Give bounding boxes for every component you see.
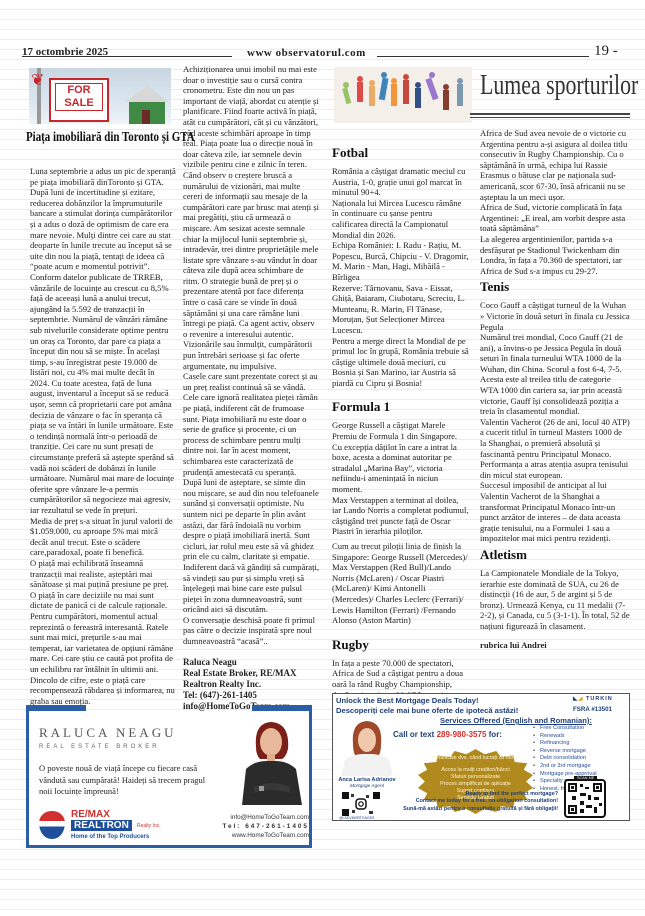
article-paragraph: Indiferent dacă vă gândiți să cumpărați,… [183,562,320,615]
article-paragraph: Achiziționarea unui imobil nu mai este d… [183,64,320,371]
article-paragraph: Dincolo de cifre, este o piață care reco… [30,675,176,707]
service-item: Reverse mortgage [533,748,597,756]
remax-balloon-icon [39,811,65,839]
remax-brand: RE/MAX [71,809,110,820]
realty-suffix: Realty Inc. [137,823,161,829]
cta-line: Sună-mă astăzi pentru o consultație grat… [393,806,628,813]
article-paragraph: George Russell a câștigat Marele Premiu … [332,420,469,494]
call-prefix: Call or text [393,730,434,739]
real-estate-column-1: Luna septembrie a adus un pic de speranț… [30,166,176,706]
signature-phone: Tel: (647)-261-1405 [183,690,320,701]
call-to-action: Call or text 289-980-3575 for: [393,730,502,739]
contact-email[interactable]: info@HomeToGoTeam.com [199,813,309,822]
author-byline: rubrica lui Andrei [480,640,630,651]
real-estate-headline: Piața imobiliară din Toronto și GTA [26,130,143,146]
ad-contact-block: info@HomeToGoTeam.com Tel: 647-261-1405 … [199,813,309,840]
ribbon-bow-icon: ❦ [31,70,49,84]
article-paragraph: Media de preț s-a situat în jurul valori… [30,516,176,558]
section-rule [470,113,630,115]
mortgage-phone[interactable]: 289-980-3575 [437,730,487,739]
house-roof [125,86,169,102]
service-item: Refinancing [533,740,597,748]
agent-photo [337,718,397,776]
mortgage-ad[interactable]: Unlock the Best Mortgage Deals Today! De… [332,693,630,821]
header-rule-left [22,56,232,57]
sign-text: FOR SALE [55,83,103,111]
service-item: Free Consultation [533,725,597,733]
article-paragraph: Casele care sunt prezentate corect și au… [183,371,320,477]
call-suffix: for: [489,730,502,739]
sports-column-1: Fotbal România a câștigat dramatic meciu… [332,142,469,721]
remax-realtron-logo: RE/MAX REALTRON Realty Inc. Home of the … [39,807,179,843]
article-paragraph: Echipa României: I. Radu - Rațiu, M. Pop… [332,240,469,282]
instagram-handle: @LADVMORTGAGES [339,816,374,820]
house-door [142,110,150,124]
article-paragraph: Coco Gauff a câștigat turneul de la Wuha… [480,300,630,332]
article-paragraph: Acesta este al treilea titlu de categori… [480,374,630,416]
broker-name: RALUCA NEAGU [39,725,176,741]
realtron-brand: REALTRON [71,820,132,831]
service-item: Debt consolidation [533,755,597,763]
ad-frame-top [26,705,312,711]
service-item: 2nd or 3rd mortgage [533,763,597,771]
for-sale-sign-image: ❦ FOR SALE [29,68,171,124]
article-paragraph: Africa de Sud avea nevoie de o victorie … [480,128,630,202]
article-paragraph: Pentru a merge direct la Mondial de pe p… [332,336,469,389]
article-paragraph: După luni de așteptare, se simte din nou… [183,477,320,562]
benefit-item: Proces simplificat de aplicație [418,781,533,788]
agent-name: Anca Larisa Adrianov [335,777,399,783]
instagram-qr-code[interactable] [341,791,381,817]
article-paragraph: La Campionatele Mondiale de la Tokyo, ie… [480,568,630,632]
raluca-neagu-ad[interactable]: RALUCA NEAGU REAL ESTATE BROKER O povest… [26,711,312,848]
signature-name: Raluca Neagu [183,657,320,668]
article-paragraph: România a câștigat dramatic meciul cu Au… [332,166,469,198]
ad-headline-ro: Descoperiți cele mai bune oferte de ipot… [336,706,518,715]
signature-company: Realtron Realty Inc. [183,679,320,690]
rugby-heading: Rugby [332,638,469,652]
newspaper-page: 17 octombrie 2025 www observatorul.com 1… [0,0,645,916]
service-item: Renewals [533,733,597,741]
services-heading: Services Offered (English and Romanian): [440,716,592,725]
contact-phone[interactable]: Tel: 647-261-1405 [199,822,309,831]
sign-board: FOR SALE [49,78,109,122]
ad-footer-cta: Ready to find the perfect mortgage? Cont… [393,791,628,813]
article-paragraph: Africa de Sud, victorie complicată în fa… [480,202,630,234]
article-paragraph: Cum au trecut piloții linia de finish la… [332,541,469,626]
company-name: TURKIN [586,696,613,702]
benefit-item: Acces la mulți creditori/bănci [418,767,533,774]
sports-column-2: Africa de Sud avea nevoie de o victorie … [480,128,630,650]
turkin-mark-accent-icon: ◢ [578,696,583,702]
article-paragraph: O conversație deschisă poate fi primul p… [183,615,320,647]
contact-website[interactable]: www.HomeToGoTeam.com [199,831,309,840]
sports-section-title: Lumea sporturilor [480,70,638,102]
article-paragraph: Max Verstappen a terminat al doilea, iar… [332,495,469,537]
signature-title: Real Estate Broker, RE/MAX [183,668,320,679]
real-estate-column-2: Achiziționarea unui imobil nu mai este d… [183,64,320,723]
broker-title: REAL ESTATE BROKER [39,744,160,750]
license-number: FSRA #13501 [573,706,612,713]
tenis-heading: Tenis [480,280,630,294]
article-paragraph: Rezerve: Târnovanu, Sava - Eissat, Ghiță… [332,283,469,336]
article-paragraph: Naționala lui Mircea Lucescu rămâne în c… [332,198,469,240]
fotbal-heading: Fotbal [332,146,469,160]
article-paragraph: Valentin Vacherot (26 de ani, locul 40 A… [480,417,630,481]
article-paragraph: Numărul trei mondial, Coco Gauff (21 de … [480,332,630,374]
ad-headline-en: Unlock the Best Mortgage Deals Today! [336,696,478,705]
broker-photo [234,717,308,805]
article-paragraph: O piață mai echilibrată înseamnă tranzac… [30,558,176,675]
turkin-logo: ◣◢ TURKIN [573,696,613,702]
formula1-heading: Formula 1 [332,400,469,414]
cta-line: Contact me today for a free, no-obligati… [393,798,628,805]
page-number: 19 - [594,43,618,60]
agent-role: Mortgage Agent [335,784,399,789]
atletism-heading: Atletism [480,548,630,562]
article-paragraph: La alegerea argentinienilor, partida s-a… [480,234,630,276]
ad-tagline: O poveste nouă de viață începe cu fiecar… [39,763,219,798]
section-rule [470,117,630,118]
brand-slogan: Home of the Top Producers [71,834,149,840]
benefits-title: Beneficiile dvs. când lucrați cu mine: [418,755,533,762]
benefit-item: Sfaturi personalizate [418,774,533,781]
article-paragraph: Succesul imposibil de anticipat al lui V… [480,480,630,544]
cta-line: Ready to find the perfect mortgage? [393,791,628,798]
header-rule-right [377,56,589,57]
athletes-silhouettes-image [334,67,472,123]
article-paragraph: Luna septembrie a adus un pic de speranț… [30,166,176,516]
site-url: www observatorul.com [247,47,366,59]
page-header: 17 octombrie 2025 www observatorul.com 1… [22,40,622,62]
